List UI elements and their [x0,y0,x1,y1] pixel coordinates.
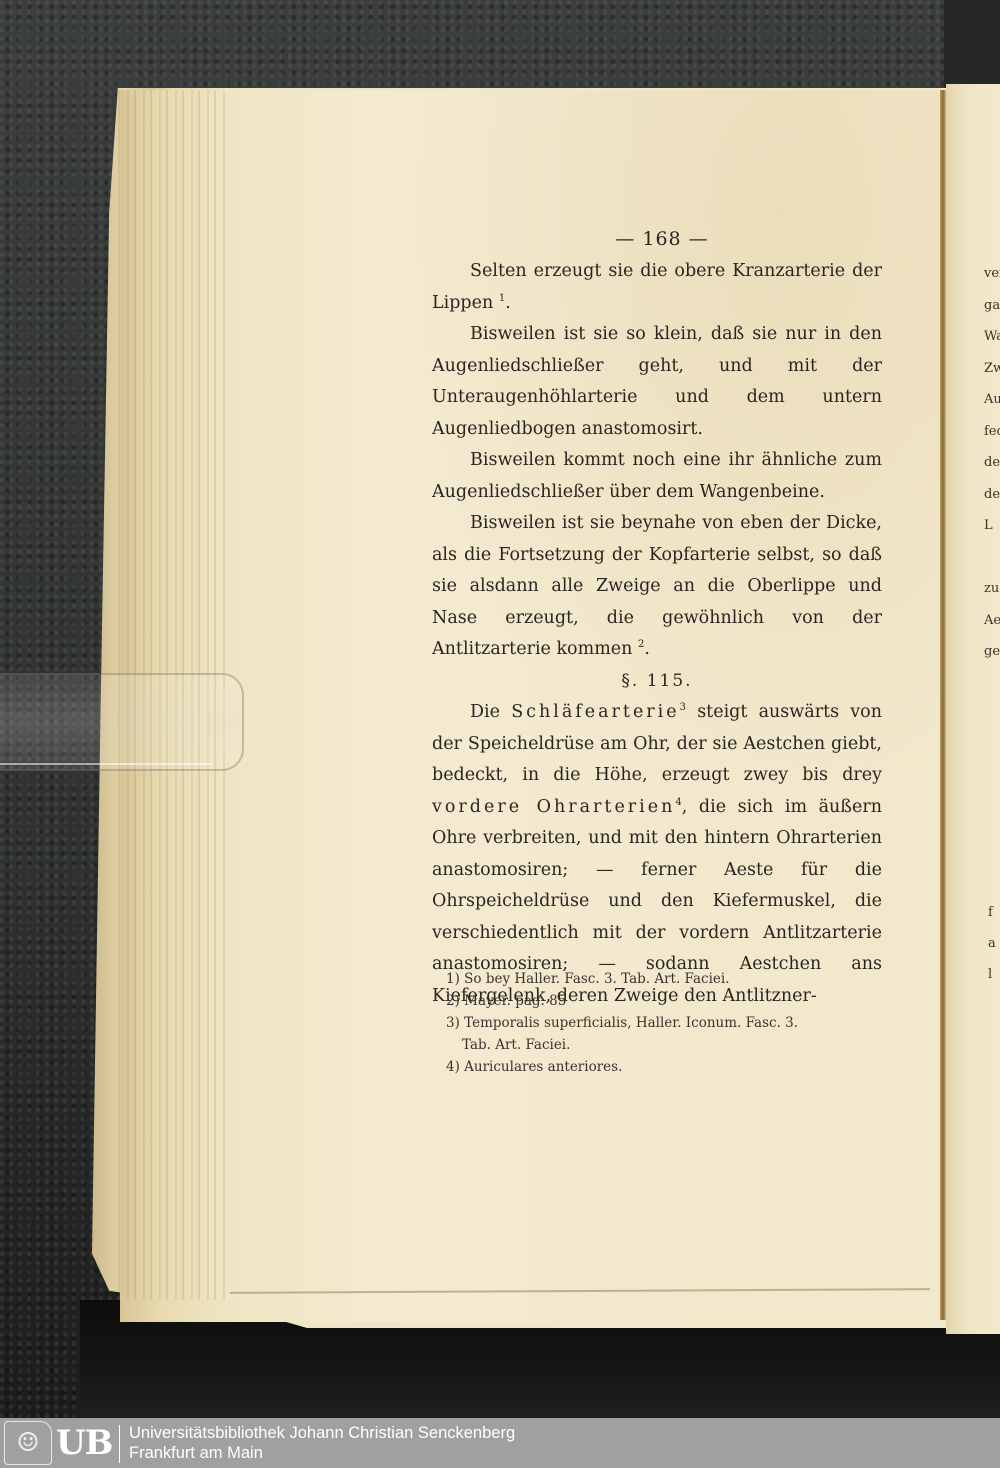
book-gutter [940,90,946,1320]
facing-fragment: ven [984,258,1000,290]
library-footer: ☺ UB Universitätsbibliothek Johann Chris… [0,1418,1000,1468]
institution-name: Universitätsbibliothek Johann Christian … [129,1423,515,1463]
ub-logo[interactable]: ☺ UB [4,1421,120,1465]
facing-fragment: zu [984,573,1000,605]
paragraph-text: Selten erzeugt sie die obere Kranzarteri… [432,261,882,313]
footnote-text: Mayer. pag. 85 [464,993,566,1009]
facing-fragment: a [988,928,1000,959]
institution-line-2: Frankfurt am Main [129,1443,515,1463]
facing-page-text-top: ven gan Wa Zw Au fec de de L zu Ae ge [984,258,1000,668]
portrait-icon: ☺ [4,1421,52,1465]
page-body: — 168 — Selten erzeugt sie die obere Kra… [432,222,882,1012]
footnote: 4) Auriculares anteriores. [446,1056,886,1078]
paragraph: Bisweilen ist sie so klein, daß sie nur … [432,319,882,445]
paragraph-tail: . [505,293,511,313]
paragraph-text: Die [470,702,500,722]
section-paragraph: Die Schläfearterie3 steigt auswärts von … [432,697,882,1012]
paragraph-text: Bisweilen kommt noch eine ihr ähnliche z… [432,450,882,502]
paragraph-text: Bisweilen ist sie so klein, daß sie nur … [432,324,882,439]
facing-fragment: l [988,959,1000,990]
footnote-number: 3) [446,1015,460,1031]
footnote-text: Auriculares anteriores. [464,1059,622,1075]
footnote: 3) Temporalis superficialis, Haller. Ico… [446,1012,886,1056]
footnote-number: 2) [446,993,460,1009]
paragraph: Bisweilen kommt noch eine ihr ähnliche z… [432,445,882,508]
facing-page-text-bottom: f a l [988,866,1000,990]
facing-fragment [984,542,1000,574]
footnote-ref[interactable]: 3 [680,702,686,713]
facing-fragment: ge [984,636,1000,668]
book-cover-right [944,0,1000,90]
page-number: — 168 — [432,222,882,256]
footnotes: 1) So bey Haller. Fasc. 3. Tab. Art. Fac… [446,968,886,1078]
footnote: 2) Mayer. pag. 85 [446,990,886,1012]
facing-fragment [988,866,1000,897]
footnote-text: Temporalis superficialis, Haller. Iconum… [464,1015,798,1031]
footnote: 1) So bey Haller. Fasc. 3. Tab. Art. Fac… [446,968,886,990]
footnote-continuation: Tab. Art. Faciei. [446,1034,886,1056]
emphasized-term: vordere Ohrarterien [432,797,675,817]
facing-fragment: de [984,447,1000,479]
facing-fragment: Ae [984,605,1000,637]
facing-fragment: L [984,510,1000,542]
facing-fragment: Au [984,384,1000,416]
institution-line-1: Universitätsbibliothek Johann Christian … [129,1423,515,1443]
footnote-number: 1) [446,971,460,987]
emphasized-term: Schläfearterie [511,702,679,722]
facing-fragment: Zw [984,353,1000,385]
paragraph: Bisweilen ist sie beynahe von eben der D… [432,508,882,666]
facing-fragment: gan [984,290,1000,322]
facing-fragment: f [988,897,1000,928]
logo-text: UB [56,1423,112,1463]
paragraph-text: Bisweilen ist sie beynahe von eben der D… [432,513,882,659]
facing-fragment: de [984,479,1000,511]
glass-page-weight [0,673,244,771]
logo-divider [119,1425,120,1463]
facing-fragment: Wa [984,321,1000,353]
footnote-number: 4) [446,1059,460,1075]
facing-fragment: fec [984,416,1000,448]
footnote-text: So bey Haller. Fasc. 3. Tab. Art. Faciei… [464,971,729,987]
paragraph-tail: . [644,639,650,659]
section-heading: §. 115. [432,666,882,698]
paragraph: Selten erzeugt sie die obere Kranzarteri… [432,256,882,319]
